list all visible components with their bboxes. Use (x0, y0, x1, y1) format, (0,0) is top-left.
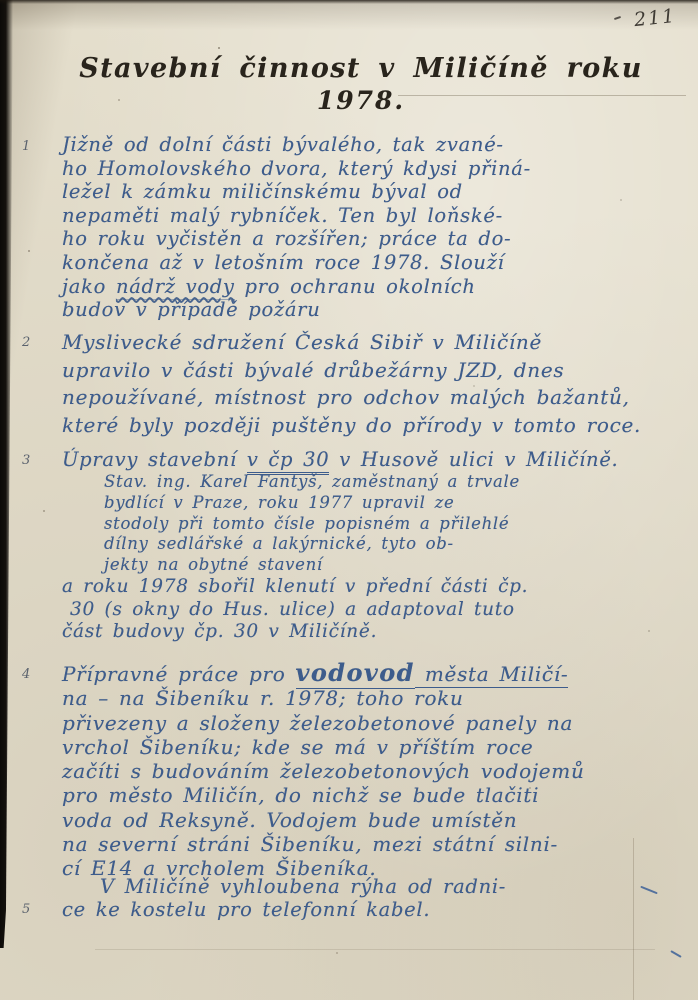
handwritten-line: přivezeny a složeny železobetonové panel… (62, 711, 676, 735)
handwritten-line: upravilo v části bývalé drůbežárny JZD, … (62, 357, 676, 385)
line-text: jako (62, 275, 116, 298)
margin-number-1: 1 (22, 139, 30, 154)
margin-number-5: 5 (22, 902, 30, 917)
paragraph-2: 2 Myslivecké sdružení Česká Sibiř v Mili… (62, 329, 676, 439)
handwritten-line: Úpravy stavební v čp 30 v Husově ulici v… (62, 447, 676, 472)
handwritten-line: voda od Reksyně. Vodojem bude umístěn (62, 808, 676, 832)
underlined-emphasis-word: vodovod (296, 658, 415, 689)
handwritten-line: Stav. ing. Karel Fantyš, zaměstnaný a tr… (104, 472, 676, 493)
underlined-text: města Miličí- (415, 662, 569, 688)
handwritten-line: stodoly při tomto čísle popisném a přile… (104, 514, 676, 535)
handwritten-line: 30 (s okny do Hus. ulice) a adaptoval tu… (70, 599, 676, 622)
margin-number-4: 4 (22, 667, 30, 682)
margin-number-2: 2 (22, 335, 30, 350)
handwritten-line: nepoužívané, místnost pro odchov malých … (62, 384, 676, 412)
handwritten-line: ce ke kostelu pro telefonní kabel. (62, 899, 676, 922)
paragraph-1: 1 Jižně od dolní části bývalého, tak zva… (62, 133, 676, 322)
handwritten-line: vrchol Šibeníku; kde se má v příštím roc… (62, 735, 676, 759)
handwritten-line: končena až v letošním roce 1978. Slouží (62, 251, 676, 275)
title-line-1: Stavební činnost v Miličíně roku (50, 52, 672, 86)
handwritten-line: nepaměti malý rybníček. Ten byl loňské- (62, 204, 676, 228)
handwritten-line: bydlící v Praze, roku 1977 upravil ze (104, 493, 676, 514)
handwritten-line: Myslivecké sdružení Česká Sibiř v Miličí… (62, 329, 676, 357)
line-text: Úpravy stavební (62, 448, 247, 471)
handwritten-line: budov v případě požáru (62, 298, 676, 322)
line-text: Přípravné práce pro (62, 662, 296, 686)
paragraph-3: 3 Úpravy stavební v čp 30 v Husově ulici… (62, 447, 676, 644)
handwritten-line: které byly později puštěny do přírody v … (62, 412, 676, 440)
handwritten-line: V Miličíně vyhloubena rýha od radni- (100, 876, 676, 899)
handwritten-line: Přípravné práce pro vodovod města Miličí… (62, 661, 676, 686)
page-number: 211 (633, 5, 677, 31)
paper-crease-horizontal (95, 949, 655, 950)
handwritten-line: na severní stráni Šibeníku, mezi státní … (62, 832, 676, 856)
handwritten-line: Jižně od dolní části bývalého, tak zvané… (62, 133, 676, 157)
pencil-dash-mark (614, 16, 621, 20)
handwritten-line: část budovy čp. 30 v Miličíně. (62, 621, 676, 644)
line-text: v Husově ulici v Miličíně. (329, 448, 618, 471)
page-top-edge-shadow (0, 0, 698, 4)
ink-dash-mark (670, 950, 681, 958)
chronicle-page: 211 Stavební činnost v Miličíně roku 197… (0, 0, 698, 1000)
handwritten-line: začíti s budováním železobetonových vodo… (62, 759, 676, 783)
paragraph-5: 5 V Miličíně vyhloubena rýha od radni- c… (62, 876, 676, 921)
handwritten-line: ležel k zámku miličínskému býval od (62, 180, 676, 204)
handwritten-line: ho Homolovského dvora, který kdysi přiná… (62, 157, 676, 181)
book-binding-edge (0, 0, 13, 948)
handwritten-line: dílny sedlářské a lakýrnické, tyto ob- (104, 534, 676, 555)
paper-speckles (218, 47, 220, 49)
handwritten-line: a roku 1978 sbořil klenutí v přední část… (62, 576, 676, 599)
page-title: Stavební činnost v Miličíně roku 1978. (50, 52, 672, 116)
handwritten-line: jako nádrž vody pro ochranu okolních (62, 275, 676, 299)
margin-number-3: 3 (22, 453, 30, 468)
handwritten-line: pro město Miličín, do nichž se bude tlač… (62, 783, 676, 807)
handwritten-line: jekty na obytné stavení (104, 555, 676, 576)
handwritten-line: ho roku vyčistěn a rozšířen; práce ta do… (62, 227, 676, 251)
underlined-text: nádrž vody (116, 275, 235, 300)
underlined-text: v čp 30 (247, 448, 330, 475)
title-line-2: 1978. (50, 86, 672, 116)
handwritten-line: na – na Šibeníku r. 1978; toho roku (62, 686, 676, 710)
paragraph-4: 4 Přípravné práce pro vodovod města Mili… (62, 661, 676, 881)
line-text: pro ochranu okolních (235, 275, 476, 298)
